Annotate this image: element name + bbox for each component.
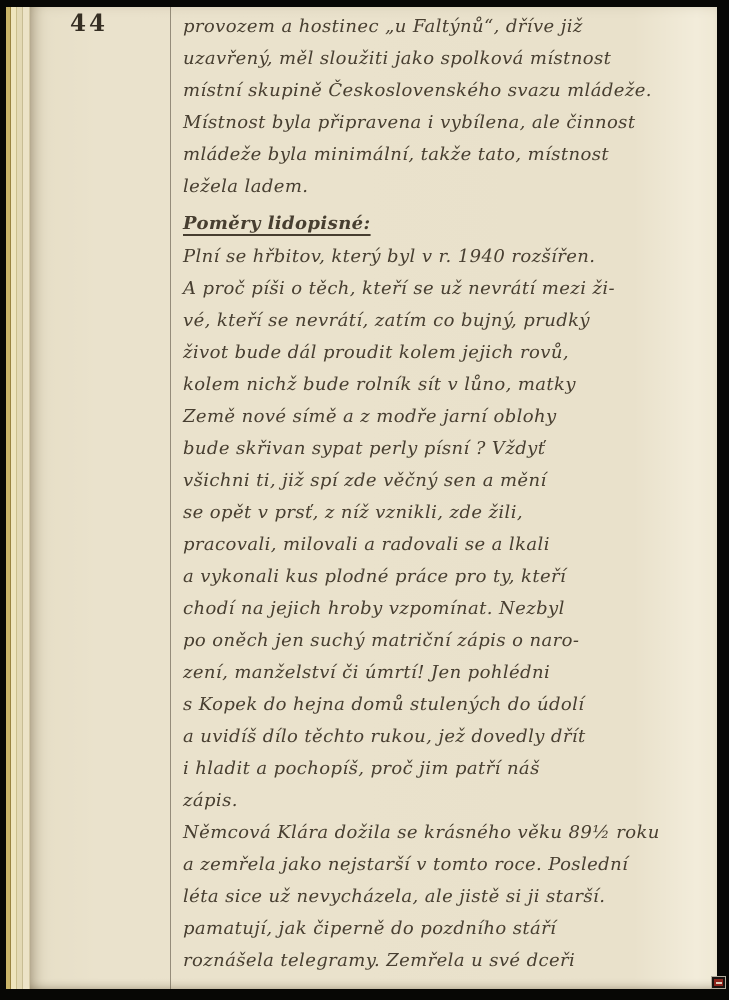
manuscript-line: pracovali, milovali a radovali se a lkal… [183, 529, 705, 561]
manuscript-line: Plní se hřbitov, který byl v r. 1940 roz… [183, 241, 705, 273]
manuscript-line: i hladit a pochopíš, proč jim patří náš [183, 753, 705, 785]
manuscript-line: Země nové símě a z modře jarní oblohy [183, 401, 705, 433]
corner-marker-icon [711, 976, 726, 989]
manuscript-line: mládeže byla minimální, takže tato, míst… [183, 139, 705, 171]
manuscript-line: život bude dál proudit kolem jejich rovů… [183, 337, 705, 369]
manuscript-line: léta sice už nevycházela, ale jistě si j… [183, 881, 705, 913]
manuscript-line: bude skřivan sypat perly písní ? Vždyť [183, 433, 705, 465]
manuscript-line: uzavřený, měl sloužiti jako spolková mís… [183, 43, 705, 75]
manuscript-line: a uvidíš dílo těchto rukou, jež dovedly … [183, 721, 705, 753]
page-edge-strip [23, 7, 30, 989]
manuscript-line: a vykonali kus plodné práce pro ty, kteř… [183, 561, 705, 593]
manuscript-line: po oněch jen suchý matriční zápis o naro… [183, 625, 705, 657]
corner-marker-dash [716, 982, 722, 984]
manuscript-line: všichni ti, již spí zde věčný sen a mění [183, 465, 705, 497]
manuscript-line: provozem a hostinec „u Faltýnů“, dříve j… [183, 11, 705, 43]
manuscript-line: s Kopek do hejna domů stulených do údolí [183, 689, 705, 721]
manuscript-line: roznášela telegramy. Zemřela u své dceři [183, 945, 705, 977]
manuscript-line: a zemřela jako nejstarší v tomto roce. P… [183, 849, 705, 881]
page-number: 44 [70, 10, 108, 37]
margin-rule-line [170, 7, 171, 989]
manuscript-line: Němcová Klára dožila se krásného věku 89… [183, 817, 705, 849]
manuscript-line: vé, kteří se nevrátí, zatím co bujný, pr… [183, 305, 705, 337]
manuscript-line: ležela ladem. [183, 171, 705, 203]
manuscript-line: místní skupině Československého svazu ml… [183, 75, 705, 107]
manuscript-line: kolem nichž bude rolník sít v lůno, matk… [183, 369, 705, 401]
section-heading: Poměry lidopisné: [183, 208, 705, 241]
manuscript-line: chodí na jejich hroby vzpomínat. Nezbyl [183, 593, 705, 625]
manuscript-line: A proč píši o těch, kteří se už nevrátí … [183, 273, 705, 305]
manuscript-page: 44 provozem a hostinec „u Faltýnů“, dřív… [30, 7, 717, 989]
manuscript-line: se opět v prsť, z níž vznikli, zde žili, [183, 497, 705, 529]
scanned-book-page: 44 provozem a hostinec „u Faltýnů“, dřív… [0, 0, 729, 1000]
manuscript-line: zápis. [183, 785, 705, 817]
manuscript-line: zení, manželství či úmrtí! Jen pohlédni [183, 657, 705, 689]
manuscript-text: provozem a hostinec „u Faltýnů“, dříve j… [183, 11, 705, 977]
manuscript-line: Místnost byla připravena i vybílena, ale… [183, 107, 705, 139]
manuscript-line: pamatují, jak čiperně do pozdního stáří [183, 913, 705, 945]
